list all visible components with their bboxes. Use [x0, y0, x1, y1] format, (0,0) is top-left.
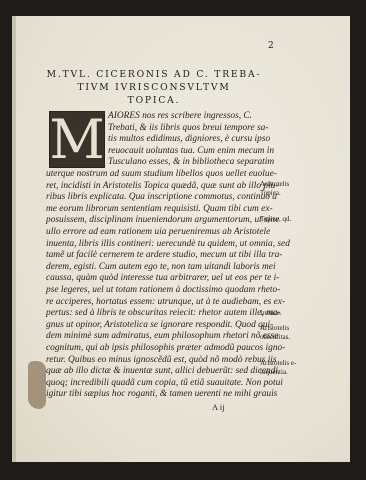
- marginal-line: Ironice.: [260, 309, 282, 318]
- text-line: ullo errore ad eam rationem uia peruenir…: [46, 227, 290, 239]
- body-text: uterque nostrum ad suum studium libellos…: [46, 169, 290, 401]
- text-line: quoq; incredibili quadã cum copia, tũ et…: [46, 378, 290, 390]
- text-line: gnus ut opinor, Aristotelica se ignorare…: [46, 320, 290, 332]
- text-line: quæ ab illo dictæ & inuentæ sunt, allici…: [46, 366, 290, 378]
- text-line: reuocauit uoluntas tua. Cum enim mecum i…: [108, 146, 274, 158]
- text-line: derem, egisti. Cum autem ego te, non tam…: [46, 262, 290, 274]
- text-line: re acciperes, hortatus essem: utrunque, …: [46, 297, 290, 309]
- opening-paragraph: AIORES nos res scribere ingressos, C. Tr…: [108, 111, 274, 169]
- marginal-note: Aristotelis Topica.: [260, 180, 289, 197]
- text-line: uterque nostrum ad suum studium libellos…: [46, 169, 290, 181]
- book-page: 2 M.TVL. CICERONIS AD C. TREBA- TIVM IVR…: [12, 16, 350, 462]
- page-title: M.TVL. CICERONIS AD C. TREBA- TIVM IVRIS…: [34, 68, 274, 107]
- decorated-initial: M: [49, 111, 105, 168]
- page-signature-bottom: A ij: [212, 402, 225, 412]
- marginal-line: Topica.: [260, 189, 289, 198]
- title-line: TIVM IVRISCONSVLTVM: [34, 81, 274, 94]
- text-line: tis multos edidimus, digniores, è cursu …: [108, 134, 274, 146]
- drop-cap-letter: M: [49, 113, 104, 167]
- text-line: dem minimè sum admiratus, eum philosophu…: [46, 331, 290, 343]
- title-line: M.TVL. CICERONIS AD C. TREBA-: [34, 68, 274, 81]
- text-line: caussa, quàm quòd interesse tua arbitrar…: [46, 273, 290, 285]
- page-stain: [28, 361, 46, 409]
- text-line: cognitum, qui ab ipsis philosophis præte…: [46, 343, 290, 355]
- text-line: AIORES nos res scribere ingressos, C.: [108, 111, 274, 123]
- marginal-line: Aristotelis e-: [260, 359, 296, 368]
- text-line: inuenta, libris illis contineri: uerecun…: [46, 239, 290, 251]
- text-line: tamẽ ut facilè cernerem te ardere studio…: [46, 250, 290, 262]
- marginal-note: Aristotelis e- loquentia.: [260, 359, 296, 376]
- text-line: pse legeres, uel ut totam rationem à doc…: [46, 285, 290, 297]
- text-line: posuissem, disciplinam inueniendorum arg…: [46, 215, 290, 227]
- text-line: ret, incidisti in Aristotelis Topica quæ…: [46, 181, 290, 193]
- marginal-note: Aristotelis obscuritas.: [260, 324, 290, 341]
- marginal-line: Aristotelis: [260, 180, 289, 189]
- title-line: TOPICA.: [34, 94, 274, 107]
- page-edge: [12, 16, 16, 462]
- page-signature-top: 2: [268, 41, 274, 51]
- text-line: pertus: sed à libris te obscuritas reiec…: [46, 308, 290, 320]
- marginal-line: obscuritas.: [260, 333, 290, 342]
- text-line: igitur tibi sæpius hoc roganti, & tamen …: [46, 389, 290, 401]
- marginal-note: Topice, qd.: [260, 215, 291, 224]
- text-line: Tusculano esses, & in bibliotheca separa…: [108, 157, 274, 169]
- marginal-note: Ironice.: [260, 309, 282, 318]
- marginal-line: loquentia.: [260, 368, 296, 377]
- text-line: retur. Quibus eo minus ignoscẽdũ est, qu…: [46, 355, 290, 367]
- marginal-line: Aristotelis: [260, 324, 290, 333]
- text-line: me eorum librorum sententiam requisisti.…: [46, 204, 290, 216]
- text-line: ribus libris explicata. Qua inscriptione…: [46, 192, 290, 204]
- text-line: Trebati, & iis libris quos breui tempore…: [108, 123, 274, 135]
- marginal-line: Topice, qd.: [260, 215, 291, 224]
